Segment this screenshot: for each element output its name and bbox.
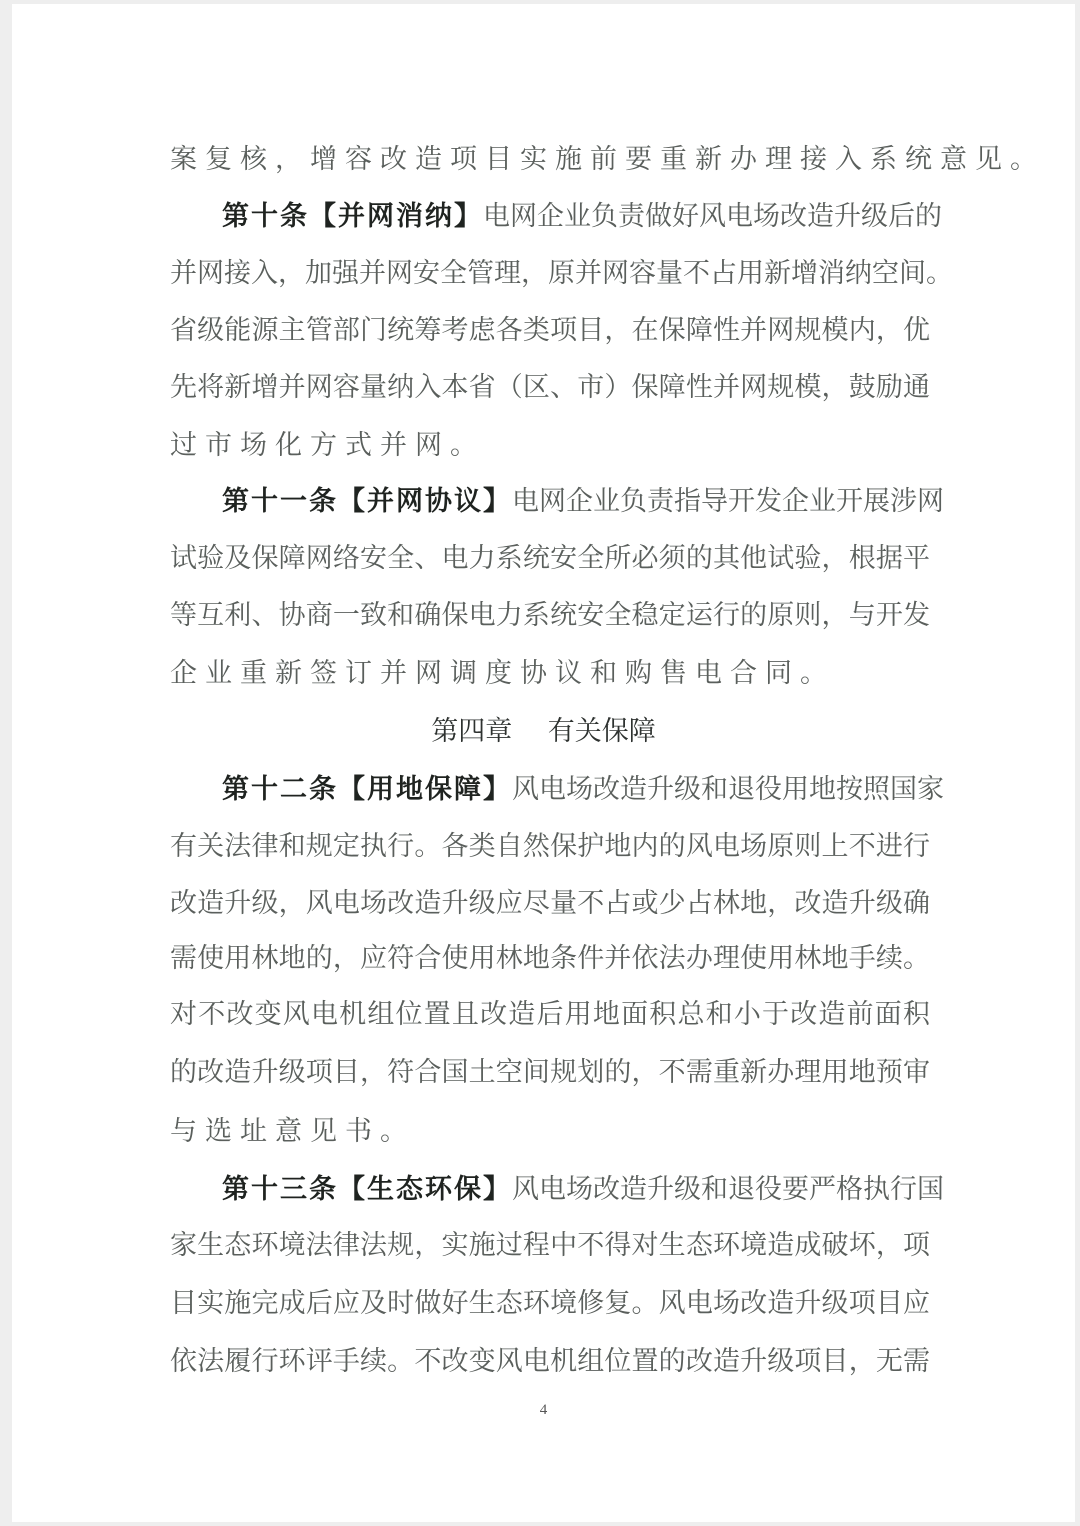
body-text: 的改造升级项目，符合国土空间规划的，不需重新办理用地预审 — [170, 1057, 930, 1088]
body-text: 目实施完成后应及时做好生态环境修复。风电场改造升级项目应 — [170, 1288, 930, 1319]
paragraph-line: 省级能源主管部门统筹考虑各类项目，在保障性并网规模内，优 — [170, 309, 930, 353]
page-number: 4 — [12, 1402, 1075, 1419]
paragraph-line: 试验及保障网络安全、电力系统安全所必须的其他试验，根据平 — [170, 537, 930, 581]
article-title: 第十条【并网消纳】 — [222, 201, 483, 232]
chapter-heading: 第四章 有关保障 — [12, 710, 1075, 754]
body-text: 与选址意见书。 — [170, 1116, 415, 1147]
body-text: 改造升级，风电场改造升级应尽量不占或少占林地，改造升级确 — [170, 888, 930, 919]
paragraph-line: 案复核，增容改造项目实施前要重新办理接入系统意见。 — [170, 138, 930, 182]
document-page: 案复核，增容改造项目实施前要重新办理接入系统意见。 第十条【并网消纳】电网企业负… — [12, 4, 1075, 1522]
body-text: 案复核，增容改造项目实施前要重新办理接入系统意见。 — [170, 144, 1045, 175]
paragraph-line: 并网接入，加强并网安全管理，原并网容量不占用新增消纳空间。 — [170, 252, 930, 296]
article-13-line-1: 第十三条【生态环保】风电场改造升级和退役要严格执行国 — [170, 1168, 930, 1212]
paragraph-line: 家生态环境法律法规，实施过程中不得对生态环境造成破坏，项 — [170, 1224, 930, 1268]
body-text: 先将新增并网容量纳入本省（区、市）保障性并网规模，鼓励通 — [170, 372, 930, 403]
paragraph-line: 对不改变风电机组位置且改造后用地面积总和小于改造前面积 — [170, 993, 930, 1037]
body-text: 过市场化方式并网。 — [170, 430, 485, 461]
paragraph-line: 的改造升级项目，符合国土空间规划的，不需重新办理用地预审 — [170, 1051, 930, 1095]
paragraph-line: 过市场化方式并网。 — [170, 424, 930, 468]
paragraph-line: 依法履行环评手续。不改变风电机组位置的改造升级项目，无需 — [170, 1340, 930, 1384]
article-title: 第十三条【生态环保】 — [222, 1174, 512, 1205]
article-title: 第十二条【用地保障】 — [222, 774, 512, 805]
body-text: 电网企业负责指导开发企业开展涉网 — [512, 486, 944, 517]
paragraph-line: 企业重新签订并网调度协议和购售电合同。 — [170, 652, 930, 696]
paragraph-line: 目实施完成后应及时做好生态环境修复。风电场改造升级项目应 — [170, 1282, 930, 1326]
paragraph-line: 需使用林地的，应符合使用林地条件并依法办理使用林地手续。 — [170, 937, 930, 981]
body-text: 有关法律和规定执行。各类自然保护地内的风电场原则上不进行 — [170, 831, 930, 862]
body-text: 家生态环境法律法规，实施过程中不得对生态环境造成破坏，项 — [170, 1230, 930, 1261]
body-text: 省级能源主管部门统筹考虑各类项目，在保障性并网规模内，优 — [170, 315, 930, 346]
body-text: 等互利、协商一致和确保电力系统安全稳定运行的原则，与开发 — [170, 600, 930, 631]
paragraph-line: 先将新增并网容量纳入本省（区、市）保障性并网规模，鼓励通 — [170, 366, 930, 410]
body-text: 对不改变风电机组位置且改造后用地面积总和小于改造前面积 — [170, 999, 930, 1030]
body-text: 需使用林地的，应符合使用林地条件并依法办理使用林地手续。 — [170, 943, 930, 974]
paragraph-line: 改造升级，风电场改造升级应尽量不占或少占林地，改造升级确 — [170, 882, 930, 926]
body-text: 风电场改造升级和退役要严格执行国 — [512, 1174, 944, 1205]
paragraph-line: 与选址意见书。 — [170, 1110, 930, 1154]
paragraph-line: 有关法律和规定执行。各类自然保护地内的风电场原则上不进行 — [170, 825, 930, 869]
body-text: 风电场改造升级和退役用地按照国家 — [512, 774, 944, 805]
paragraph-line: 等互利、协商一致和确保电力系统安全稳定运行的原则，与开发 — [170, 594, 930, 638]
body-text: 电网企业负责做好风电场改造升级后的 — [483, 201, 942, 232]
article-title: 第十一条【并网协议】 — [222, 486, 512, 517]
body-text: 试验及保障网络安全、电力系统安全所必须的其他试验，根据平 — [170, 543, 930, 574]
article-10-line-1: 第十条【并网消纳】电网企业负责做好风电场改造升级后的 — [170, 195, 930, 239]
article-12-line-1: 第十二条【用地保障】风电场改造升级和退役用地按照国家 — [170, 768, 930, 812]
body-text: 依法履行环评手续。不改变风电机组位置的改造升级项目，无需 — [170, 1346, 930, 1377]
body-text: 并网接入，加强并网安全管理，原并网容量不占用新增消纳空间。 — [170, 258, 953, 289]
body-text: 企业重新签订并网调度协议和购售电合同。 — [170, 658, 835, 689]
article-11-line-1: 第十一条【并网协议】电网企业负责指导开发企业开展涉网 — [170, 480, 930, 524]
